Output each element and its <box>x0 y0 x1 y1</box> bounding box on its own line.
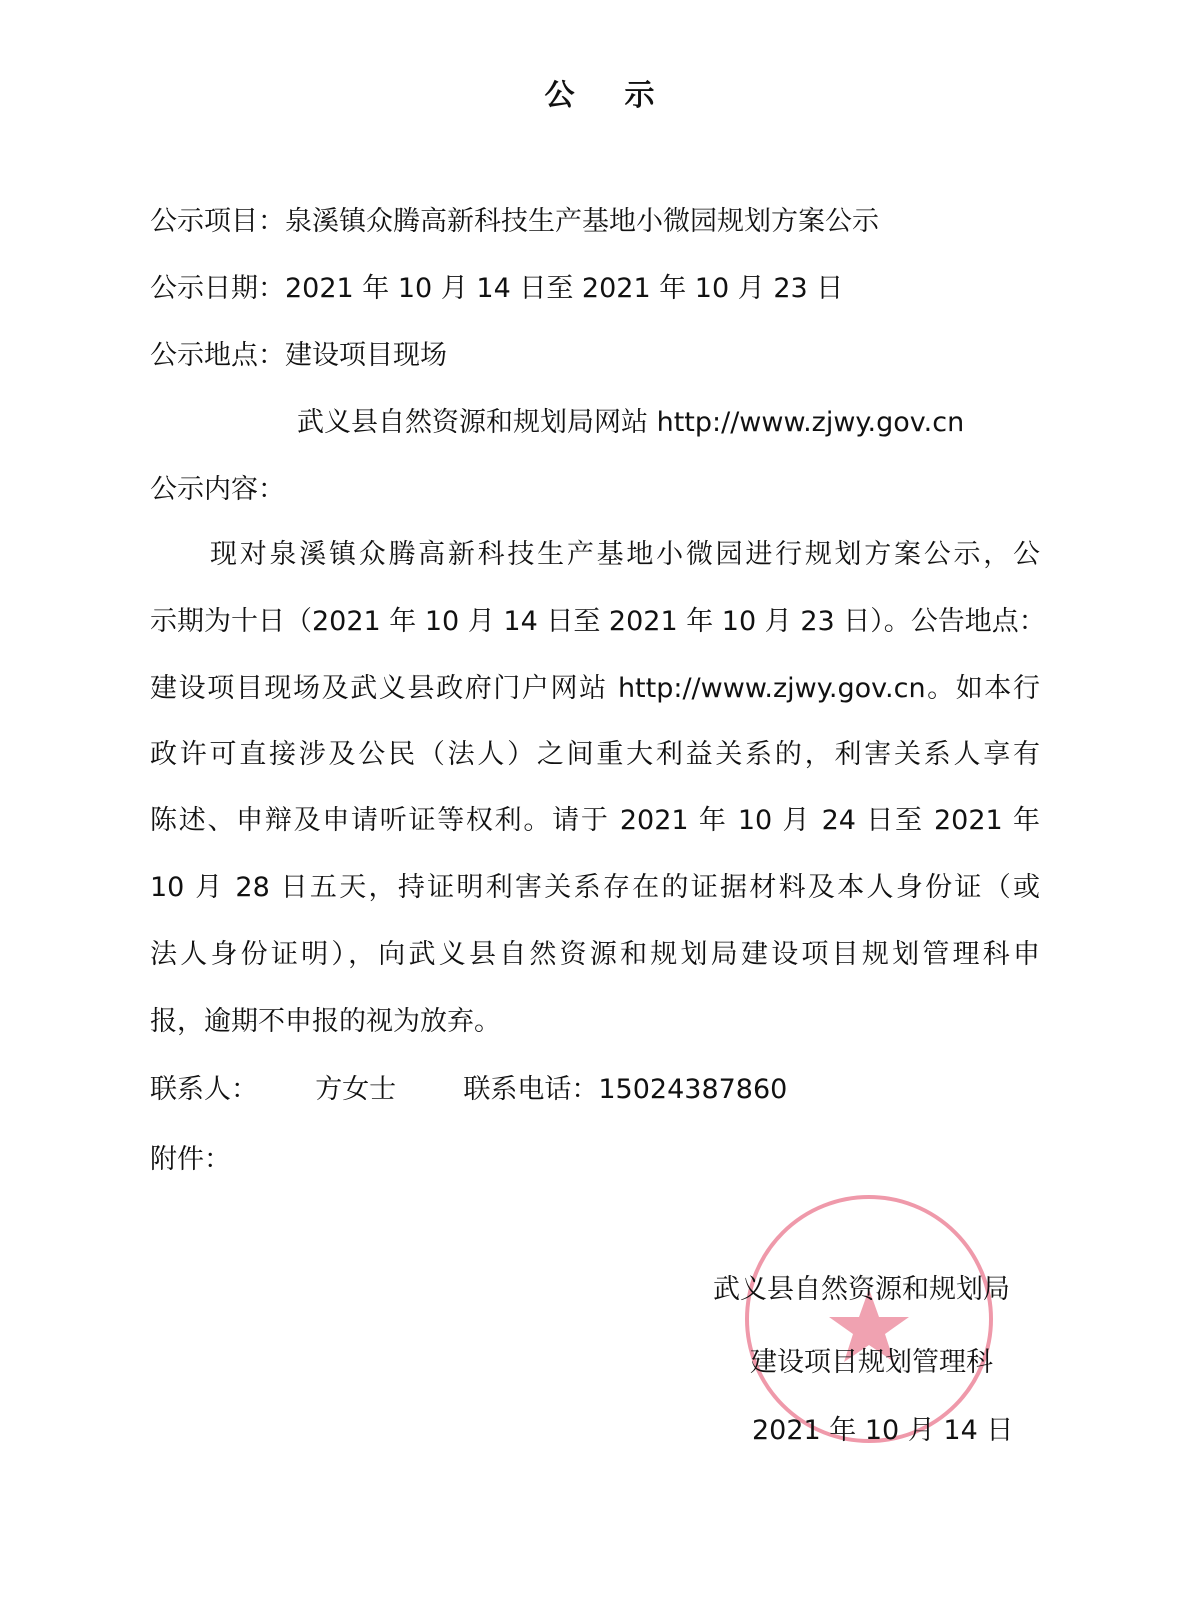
content-line: 10 月 28 日五天，持证明利害关系存在的证据材料及本人身份证（或 <box>150 871 1040 905</box>
content-line: 示期为十日（2021 年 10 月 14 日至 2021 年 10 月 23 日… <box>150 605 1040 639</box>
location-label: 公示地点： <box>150 340 285 371</box>
content-line: 建设项目现场及武义县政府门户网站 http://www.zjwy.gov.cn。… <box>150 672 1040 706</box>
location-website: 武义县自然资源和规划局网站 http://www.zjwy.gov.cn <box>297 406 964 440</box>
contact-line: 联系人： 方女士 联系电话：15024387860 <box>150 1073 787 1107</box>
date-line: 公示日期：2021 年 10 月 14 日至 2021 年 10 月 23 日 <box>150 272 843 306</box>
content-label: 公示内容： <box>150 473 285 507</box>
content-line: 法人身份证明），向武义县自然资源和规划局建设项目规划管理科申 <box>150 938 1040 972</box>
contact-person-value: 方女士 <box>315 1074 396 1105</box>
content-line: 陈述、申辩及申请听证等权利。请于 2021 年 10 月 24 日至 2021 … <box>150 804 1040 838</box>
official-stamp <box>745 1195 993 1443</box>
project-label: 公示项目： <box>150 206 285 237</box>
signature-date: 2021 年 10 月 14 日 <box>752 1408 1013 1447</box>
attachment-label: 附件： <box>150 1143 231 1177</box>
content-line: 政许可直接涉及公民（法人）之间重大利益关系的，利害关系人享有 <box>150 738 1040 772</box>
star-icon <box>749 1199 989 1439</box>
contact-phone-value: 15024387860 <box>598 1074 787 1105</box>
signature-org: 武义县自然资源和规划局 <box>713 1267 1010 1306</box>
contact-phone-label: 联系电话： <box>463 1074 598 1105</box>
project-line: 公示项目：泉溪镇众腾高新科技生产基地小微园规划方案公示 <box>150 205 879 239</box>
project-value: 泉溪镇众腾高新科技生产基地小微园规划方案公示 <box>285 206 879 237</box>
content-line: 现对泉溪镇众腾高新科技生产基地小微园进行规划方案公示，公 <box>210 538 1040 572</box>
date-value: 2021 年 10 月 14 日至 2021 年 10 月 23 日 <box>285 273 843 304</box>
document-title: 公示 <box>0 70 1199 114</box>
signature-dept: 建设项目规划管理科 <box>750 1340 993 1379</box>
date-label: 公示日期： <box>150 273 285 304</box>
location-value: 建设项目现场 <box>285 340 447 371</box>
location-line: 公示地点：建设项目现场 <box>150 339 447 373</box>
contact-person-label: 联系人： <box>150 1074 258 1105</box>
content-line: 报，逾期不申报的视为放弃。 <box>150 1005 1040 1039</box>
